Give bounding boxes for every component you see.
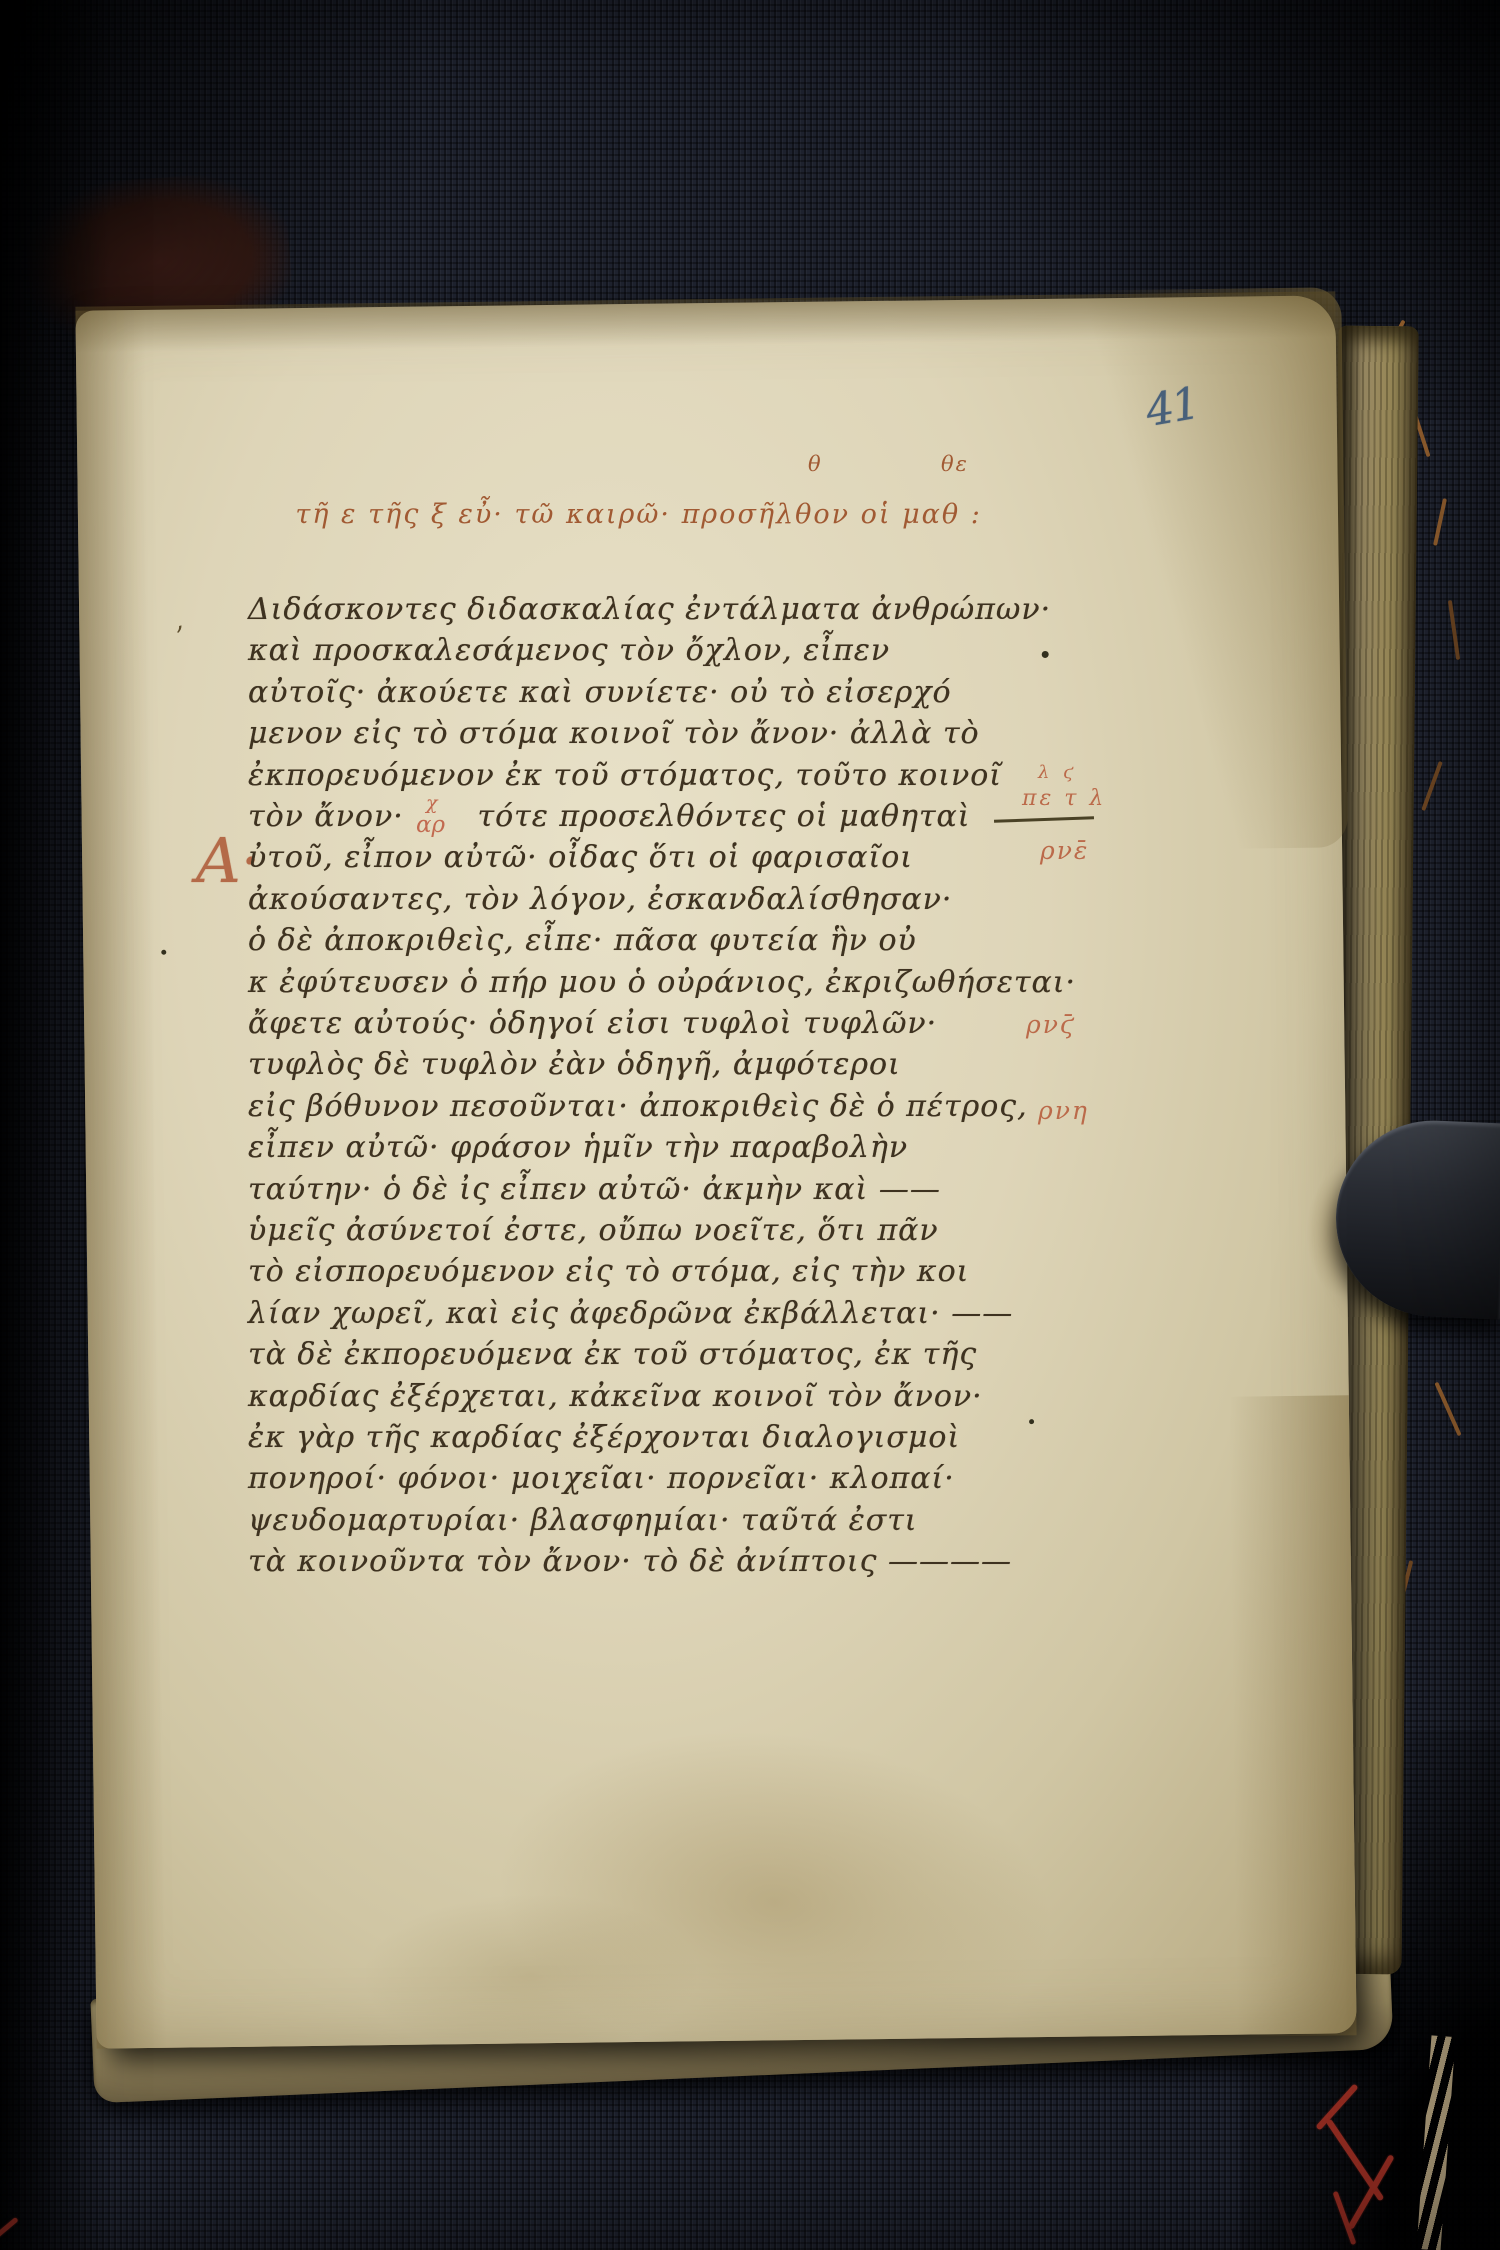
- text-line: μενον εἰς τὸ στόμα κοινοῖ τὸν ἄνον· ἀλλὰ…: [248, 716, 980, 751]
- margin-canon-note: πε τ λ: [1022, 786, 1106, 811]
- rubric-superscript: θ: [808, 452, 823, 476]
- text-line: ταύτην· ὁ δὲ ἰς εἶπεν αὐτῶ· ἀκμὴν καὶ ——: [248, 1172, 941, 1207]
- margin-section-number: ρνε̄: [1040, 836, 1089, 865]
- text-line: εἶπεν αὐτῶ· φράσον ἡμῖν τὴν παραβολὴν: [248, 1130, 908, 1165]
- text-line: λίαν χωρεῖ, καὶ εἰς ἀφεδρῶνα ἐκβάλλεται·…: [248, 1296, 1013, 1331]
- stain-top-right: [1071, 287, 1348, 850]
- text-line: καρδίας ἐξέρχεται, κἀκεῖνα κοινοῖ τὸν ἄν…: [248, 1379, 983, 1414]
- text-line: ἐκ γὰρ τῆς καρδίας ἐξέρχονται διαλογισμο…: [248, 1420, 960, 1455]
- text-line: τὰ κοινοῦντα τὸν ἄνον· τὸ δὲ ἀνίπτοις ——…: [248, 1544, 1012, 1579]
- margin-canon-superscripts: λ ϛ: [1038, 762, 1077, 783]
- text-line: πονηροί· φόνοι· μοιχεῖαι· πορνεῖαι· κλοπ…: [248, 1461, 955, 1496]
- ink-spot: [1029, 1419, 1034, 1424]
- folio-number: 41: [1142, 378, 1202, 437]
- text-line: τὸν ἄνον· τότε προσελθόντες οἱ μαθηταὶ: [248, 799, 971, 834]
- text-line: Διδάσκοντες διδασκαλίας ἐντάλματα ἀνθρώπ…: [248, 592, 1051, 627]
- text-line: ἄφετε αὐτούς· ὁδηγοί εἰσι τυφλοὶ τυφλῶν·: [248, 1006, 937, 1041]
- stain-bottom-secondary: [365, 1893, 697, 2057]
- text-line: ὁ δὲ ἀποκριθεὶς, εἶπε· πᾶσα φυτεία ἣν οὐ: [248, 923, 917, 958]
- text-line: τὸ εἰσπορευόμενον εἰς τὸ στόμα, εἰς τὴν …: [248, 1254, 969, 1289]
- rubric-text: τῆ ε τῆς ξ εὖ· τῶ καιρῶ· προσῆλθον οἱ μα…: [295, 499, 981, 530]
- text-line: ψευδομαρτυρίαι· βλασφημίαι· ταῦτά ἐστι: [248, 1503, 918, 1538]
- text-line: τυφλὸς δὲ τυφλὸν ἐὰν ὁδηγῆ, ἀμφότεροι: [248, 1047, 901, 1082]
- text-line: εἰς βόθυνον πεσοῦνται· ἀποκριθεὶς δὲ ὁ π…: [248, 1089, 1028, 1124]
- manuscript-photo: 41 τῆ ε τῆς ξ εὖ· τῶ καιρῶ· προσῆλθον οἱ…: [0, 0, 1500, 2250]
- text-line: ὑμεῖς ἀσύνετοί ἐστε, οὔπω νοεῖτε, ὅτι πᾶ…: [248, 1213, 939, 1248]
- text-line: αὐτοῖς· ἀκούετε καὶ συνίετε· οὐ τὸ εἰσερ…: [248, 675, 952, 710]
- text-line: ἐκπορευόμενον ἐκ τοῦ στόματος, τοῦτο κοι…: [248, 758, 1002, 793]
- text-line: κ ἐφύτευσεν ὁ πήρ μου ὁ οὐράνιος, ἐκριζω…: [248, 965, 1076, 1000]
- text-line: ἀκούσαντες, τὸν λόγον, ἐσκανδαλίσθησαν·: [248, 882, 952, 917]
- text-line: τὰ δὲ ἐκπορευόμενα ἐκ τοῦ στόματος, ἐκ τ…: [248, 1337, 977, 1372]
- text-line: καὶ προσκαλεσάμενος τὸν ὄχλον, εἶπεν: [248, 633, 890, 668]
- margin-section-number: ρνϛ̄: [1026, 1010, 1076, 1039]
- ink-spot: [1042, 651, 1049, 658]
- lection-rubric: τῆ ε τῆς ξ εὖ· τῶ καιρῶ· προσῆλθον οἱ μα…: [253, 468, 1013, 528]
- rubric-superscript: θε: [941, 452, 969, 476]
- margin-section-number: ρνη: [1038, 1096, 1089, 1125]
- text-line: ὐτοῦ, εἶπον αὐτῶ· οἶδας ὅτι οἱ φαρισαῖοι: [248, 840, 913, 875]
- ink-spot: [161, 950, 166, 955]
- stain-right-lower: [1229, 1395, 1357, 2036]
